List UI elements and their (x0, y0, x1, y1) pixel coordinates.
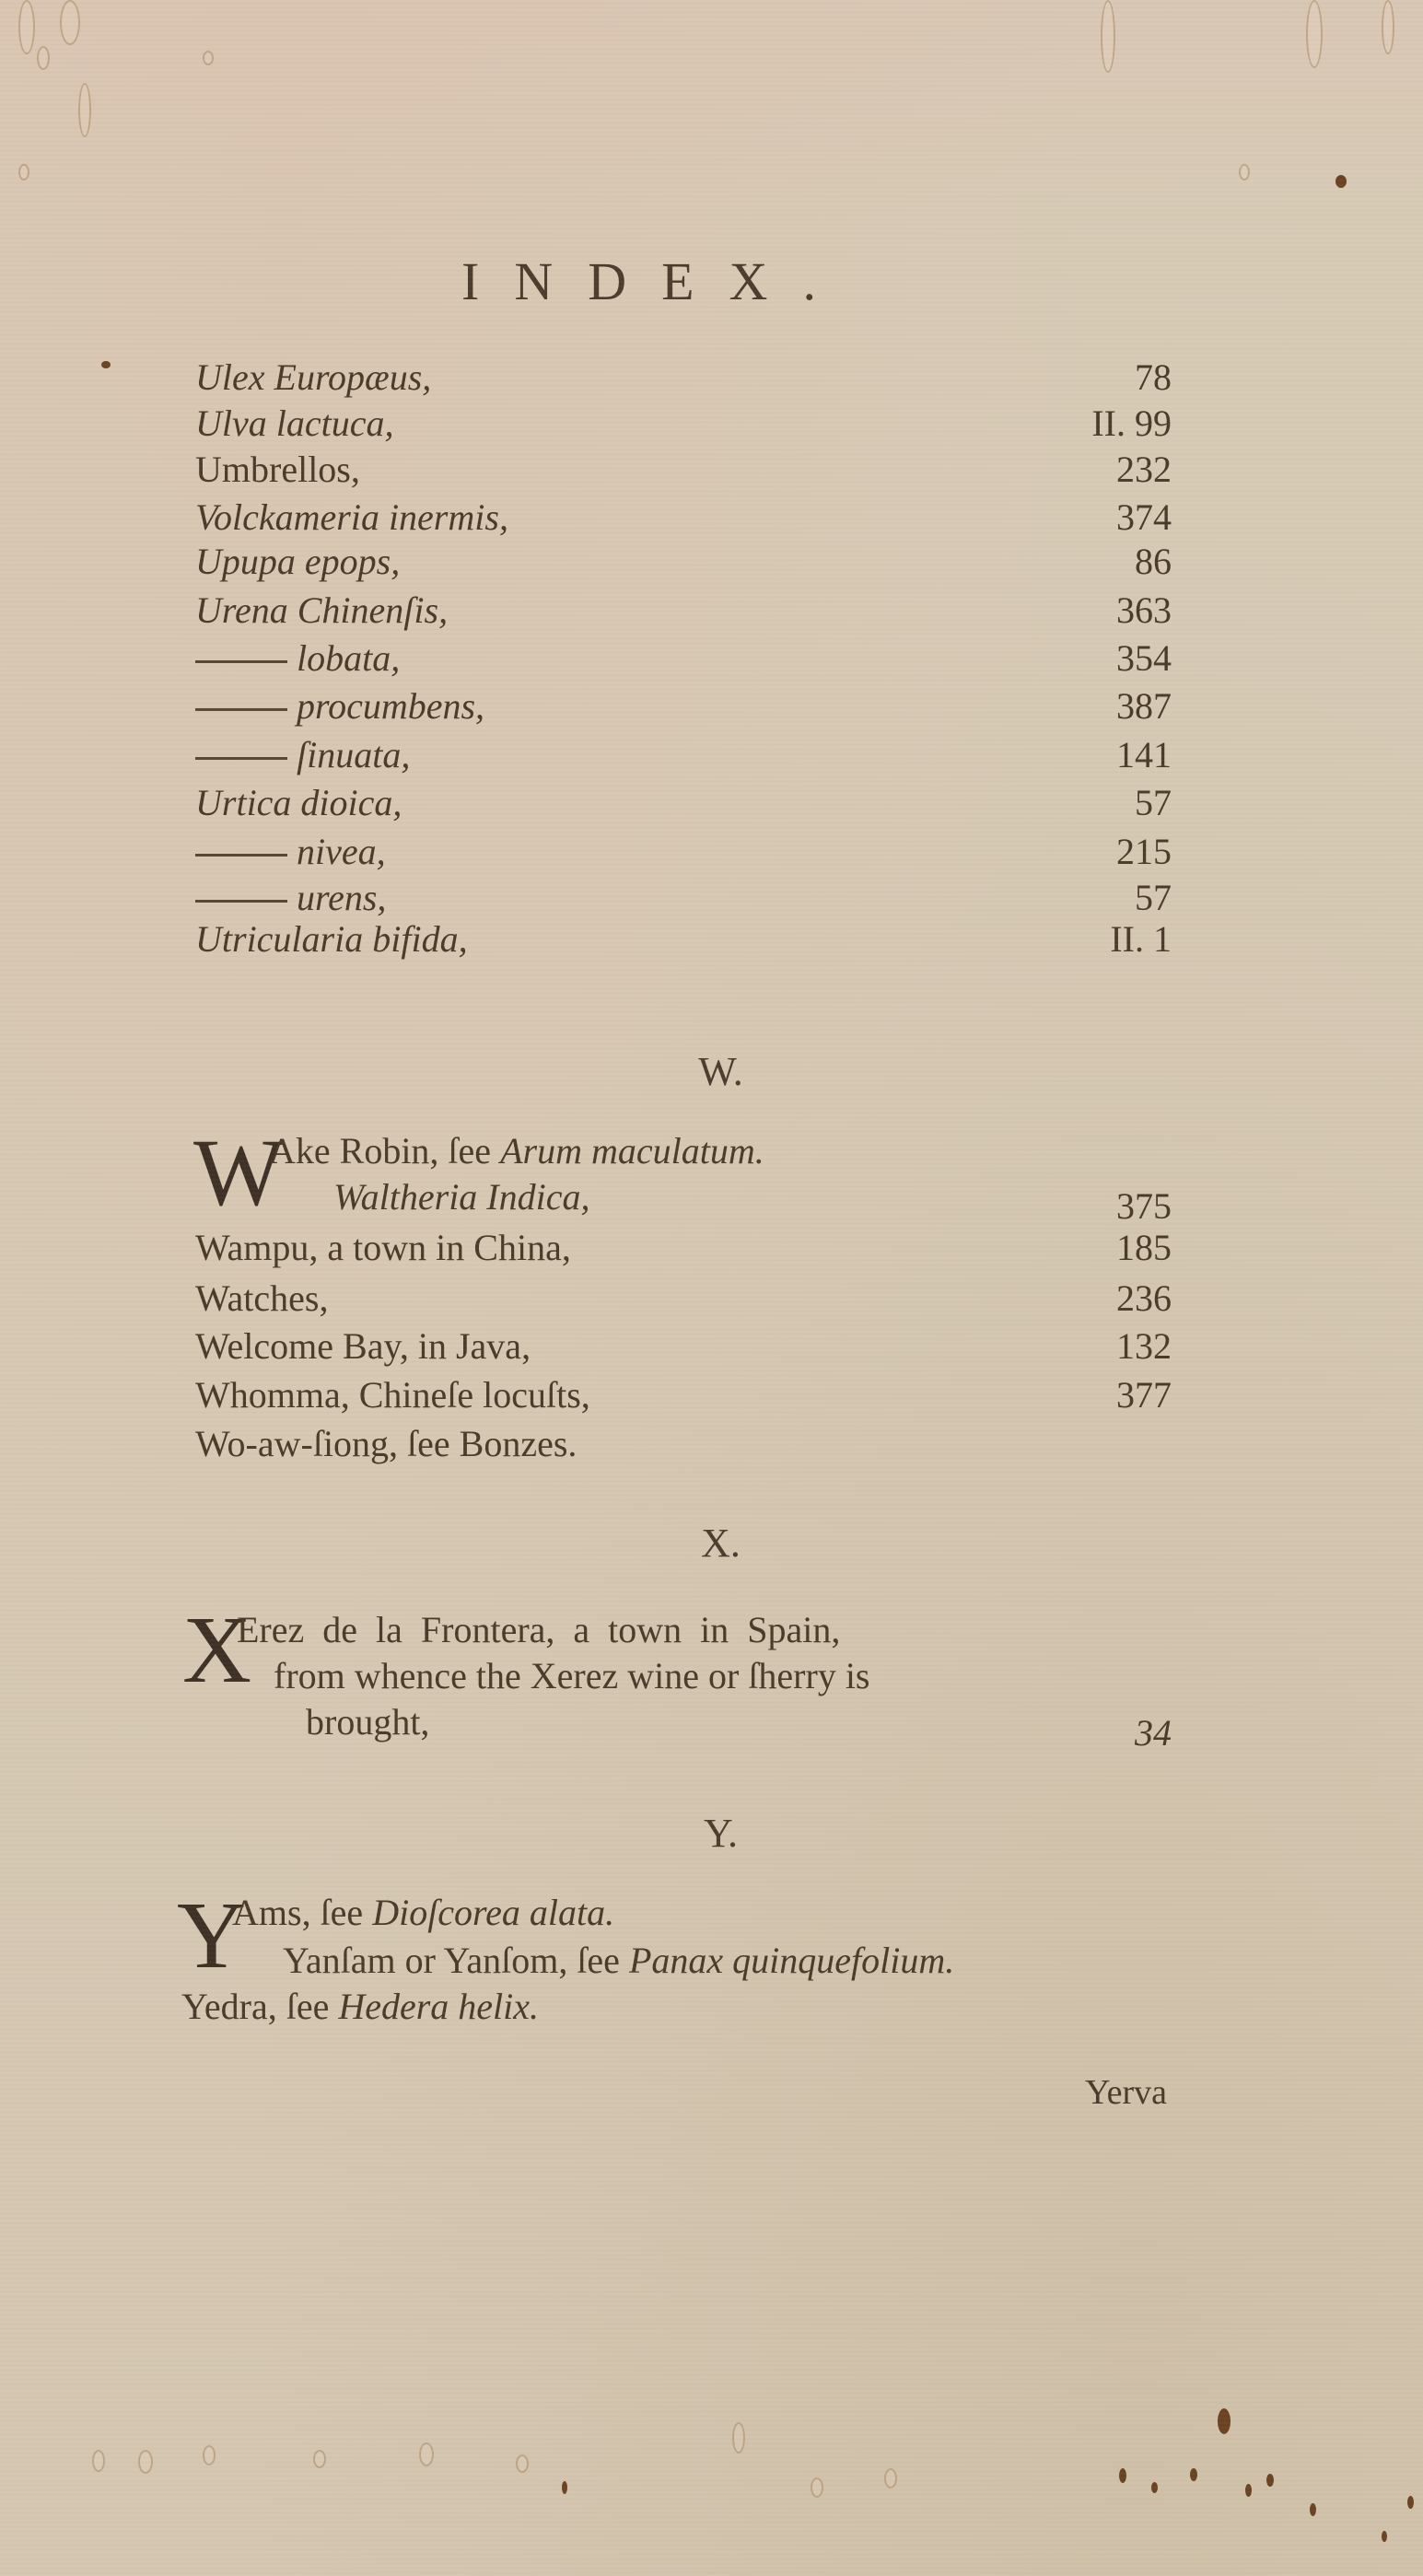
entry-label: Watches, (195, 1276, 329, 1322)
entry-text: Yanſam or Yanſom, ſee (283, 1940, 629, 1981)
water-stain (60, 0, 80, 45)
entry-page: II. 1 (1110, 916, 1172, 962)
entry-text: Ams, ſee (232, 1892, 372, 1933)
water-stain (18, 164, 29, 181)
entry-label: Urtica dioica, (195, 780, 402, 826)
ink-spot (1336, 175, 1347, 188)
ditto-dash (195, 757, 287, 760)
entry-page: 86 (1135, 539, 1172, 585)
entry-page: II. 99 (1091, 401, 1172, 447)
ink-spot (1310, 2503, 1316, 2516)
water-stain (811, 2477, 823, 2498)
entry-page: 387 (1116, 683, 1172, 729)
ink-spot (1218, 2408, 1231, 2434)
entry-text: Ake Robin, ſee (269, 1130, 500, 1171)
entry-page: 34 (1135, 1710, 1172, 1756)
entry-line: brought, (306, 1699, 429, 1745)
book-page: INDEX. Ulex Europæus, 78 Ulva lactuca, I… (0, 0, 1423, 2576)
entry-page: 78 (1135, 355, 1172, 401)
entry-label-text: procumbens, (297, 685, 484, 727)
section-heading-x: X. (0, 1520, 1423, 1567)
ditto-dash (195, 900, 287, 903)
index-entry: Welcome Bay, in Java, 132 (195, 1323, 1172, 1370)
entry-label: Wampu, a town in China, (195, 1225, 571, 1271)
entry-label: Volckameria inermis, (195, 495, 508, 541)
entry-crossref: Hedera helix. (338, 1986, 539, 2027)
water-stain (1101, 0, 1115, 73)
ditto-dash (195, 660, 287, 663)
index-entry: nivea, 215 (195, 829, 1172, 875)
entry-label: ſinuata, (195, 732, 410, 778)
index-entry-line: Erez de la Frontera, a town in Spain, (195, 1607, 1172, 1653)
ink-spot (1266, 2474, 1274, 2487)
entry-text: Yedra, ſee (181, 1986, 338, 2027)
entry-page: 377 (1116, 1372, 1172, 1418)
entry-page: 374 (1116, 495, 1172, 541)
water-stain (516, 2454, 529, 2473)
index-entry-line: from whence the Xerez wine or ſherry is (195, 1653, 1172, 1699)
index-heading: INDEX. (461, 251, 851, 311)
index-entry: Upupa epops, 86 (195, 539, 1172, 585)
entry-label: Upupa epops, (195, 539, 400, 585)
entry-label: Yedra, ſee Hedera helix. (181, 1984, 539, 2030)
water-stain (419, 2442, 434, 2466)
index-entry: Wampu, a town in China, 185 (195, 1225, 1172, 1271)
entry-label: Ams, ſee Dioſcorea alata. (232, 1890, 614, 1936)
entry-page: 57 (1135, 875, 1172, 921)
entry-line: from whence the Xerez wine or ſherry is (274, 1653, 870, 1699)
entry-label-text: lobata, (297, 637, 400, 679)
index-entry: lobata, 354 (195, 635, 1172, 682)
entry-page: 57 (1135, 780, 1172, 826)
entry-page: 354 (1116, 635, 1172, 682)
water-stain (1239, 164, 1250, 181)
entry-label-text: nivea, (297, 831, 386, 872)
index-entry: Ulva lactuca, II. 99 (195, 401, 1172, 447)
entry-page: 236 (1116, 1276, 1172, 1322)
entry-label: lobata, (195, 635, 400, 682)
entry-label: Umbrellos, (195, 447, 360, 493)
section-heading-y: Y. (0, 1810, 1423, 1857)
index-entry: Ams, ſee Dioſcorea alata. (195, 1890, 1172, 1936)
entry-line: Erez de la Frontera, a town in Spain, (237, 1607, 840, 1653)
entry-label: Ulva lactuca, (195, 401, 394, 447)
water-stain (203, 51, 214, 65)
index-entry: Utricularia bifida, II. 1 (195, 916, 1172, 962)
entry-label: Wo-aw-ſiong, ſee Bonzes. (195, 1421, 577, 1467)
water-stain (732, 2422, 745, 2454)
water-stain (1382, 0, 1394, 54)
ink-spot (1190, 2468, 1197, 2481)
index-entry: Waltheria Indica, 375 (195, 1174, 1172, 1220)
index-entry: urens, 57 (195, 875, 1172, 921)
entry-page: 132 (1116, 1323, 1172, 1370)
entry-label: urens, (195, 875, 386, 921)
entry-label: Utricularia bifida, (195, 916, 468, 962)
index-entry: Wo-aw-ſiong, ſee Bonzes. (195, 1421, 1172, 1467)
index-entry: Umbrellos, 232 (195, 447, 1172, 493)
index-entry: procumbens, 387 (195, 683, 1172, 729)
index-entry: ſinuata, 141 (195, 732, 1172, 778)
index-entry: Ake Robin, ſee Arum maculatum. (195, 1128, 1172, 1174)
entry-page: 215 (1116, 829, 1172, 875)
entry-page: 232 (1116, 447, 1172, 493)
ditto-dash (195, 854, 287, 857)
ink-spot (1151, 2482, 1158, 2493)
ink-spot (1407, 2496, 1414, 2509)
water-stain (78, 83, 91, 137)
ink-spot (101, 361, 111, 368)
entry-page: 185 (1116, 1225, 1172, 1271)
ink-spot (1119, 2468, 1126, 2483)
page-title: INDEX. (0, 251, 1423, 312)
water-stain (37, 46, 50, 70)
index-entry: Volckameria inermis, 374 (195, 495, 1172, 541)
index-entry: Urtica dioica, 57 (195, 780, 1172, 826)
water-stain (92, 2450, 105, 2472)
water-stain (18, 0, 35, 54)
ink-spot (1245, 2484, 1252, 2497)
ditto-dash (195, 708, 287, 711)
entry-label: Urena Chinenſis, (195, 588, 448, 634)
catchword: Yerva (1085, 2072, 1167, 2113)
index-entry: Yanſam or Yanſom, ſee Panax quinquefoliu… (195, 1938, 1172, 1984)
entry-label: Waltheria Indica, (333, 1174, 590, 1220)
entry-label: Welcome Bay, in Java, (195, 1323, 531, 1370)
index-entry: Yedra, ſee Hedera helix. (195, 1984, 1172, 2030)
entry-page: 375 (1116, 1183, 1172, 1230)
index-entry: Watches, 236 (195, 1276, 1172, 1322)
entry-label: Ake Robin, ſee Arum maculatum. (269, 1128, 764, 1174)
entry-label: nivea, (195, 829, 386, 875)
entry-label-text: urens, (297, 877, 386, 918)
water-stain (884, 2468, 897, 2489)
entry-crossref: Dioſcorea alata. (372, 1892, 614, 1933)
entry-label: Whomma, Chineſe locuſts, (195, 1372, 590, 1418)
water-stain (313, 2450, 326, 2468)
water-stain (138, 2450, 153, 2474)
water-stain (1306, 0, 1323, 68)
entry-label: Yanſam or Yanſom, ſee Panax quinquefoliu… (283, 1938, 954, 1984)
index-entry-line: brought, 34 (195, 1699, 1172, 1745)
entry-crossref: Arum maculatum. (500, 1130, 764, 1171)
water-stain (203, 2445, 216, 2465)
entry-label: Ulex Europæus, (195, 355, 431, 401)
entry-crossref: Panax quinquefolium. (629, 1940, 954, 1981)
index-entry: Whomma, Chineſe locuſts, 377 (195, 1372, 1172, 1418)
entry-label: procumbens, (195, 683, 484, 729)
section-heading-w: W. (0, 1048, 1423, 1095)
index-entry: Ulex Europæus, 78 (195, 355, 1172, 401)
index-entry: Urena Chinenſis, 363 (195, 588, 1172, 634)
ink-spot (1382, 2531, 1387, 2542)
ink-spot (562, 2481, 567, 2494)
entry-label-text: ſinuata, (297, 734, 410, 775)
entry-page: 141 (1116, 732, 1172, 778)
entry-page: 363 (1116, 588, 1172, 634)
